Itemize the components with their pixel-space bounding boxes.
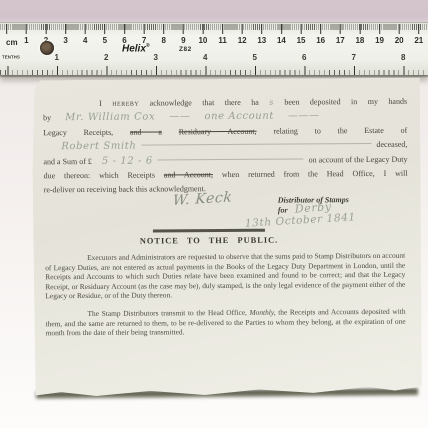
monthly-emphasis: Monthly, <box>249 308 275 317</box>
ruler-cm-number: 19 <box>370 36 390 45</box>
notice-to-public-section: NOTICE TO THE PUBLIC. Executors and Admi… <box>45 228 406 346</box>
ruler-inch-ticks <box>0 66 428 75</box>
notice-paragraph-1: Executors and Administrators are request… <box>45 251 405 301</box>
ruler-cm-number: 14 <box>272 36 292 45</box>
ruler-model-number: Z82 <box>179 46 192 53</box>
notice-paragraph-2: The Stamp Distributors transmit to the H… <box>45 307 405 338</box>
ruler-inch-number: 5 <box>230 53 280 62</box>
ruler-cm-ticks <box>0 24 428 34</box>
notice-heading: NOTICE TO THE PUBLIC. <box>29 234 389 246</box>
ruler-inch-number: 8 <box>379 53 428 62</box>
ruler-cm-number: 9 <box>174 36 194 45</box>
ruler-cm-number: 17 <box>331 36 351 45</box>
ruler-hanging-hole <box>40 41 54 55</box>
ruler-cm-number: 20 <box>389 36 409 45</box>
ruler-cm-number: 10 <box>193 36 213 45</box>
divider-rule <box>153 229 265 232</box>
ruler-cm-number: 21 <box>409 36 428 45</box>
ruler: cm TENTHS 123456789101112131415161718192… <box>0 22 428 75</box>
ruler-inch-number: 4 <box>181 53 231 62</box>
ruler-cm-number: 12 <box>232 36 252 45</box>
legacy-duty-receipt-document: I hereby acknowledge that there ha s bee… <box>32 78 422 400</box>
ruler-cm-number: 5 <box>95 36 115 45</box>
ruler-cm-number: 4 <box>75 36 95 45</box>
ruler-cm-number: 3 <box>56 36 76 45</box>
ruler-inch-number: 7 <box>329 53 379 62</box>
photo-of-antique-document: { "colors": { "background_top": "#d2c2ca… <box>0 0 428 428</box>
ruler-inch-numbers: 12345678 <box>32 53 428 62</box>
handwritten-signature: W. Keck <box>172 189 233 209</box>
ruler-inch-number: 6 <box>280 53 330 62</box>
ruler-inch-number: 2 <box>82 53 132 62</box>
ruler-cm-number: 16 <box>311 36 331 45</box>
ruler-inch-number: 3 <box>131 53 181 62</box>
ruler-inch-number: 1 <box>32 53 82 62</box>
ruler-cm-number: 18 <box>350 36 370 45</box>
ruler-cm-number: 1 <box>17 36 37 45</box>
ruler-cm-numbers: 123456789101112131415161718192021 <box>17 36 428 45</box>
ruler-tenths-label: TENTHS <box>2 55 20 60</box>
ruler-cm-number: 11 <box>213 36 233 45</box>
ruler-brand-logo: Helix® <box>122 43 150 54</box>
ruler-cm-number: 13 <box>252 36 272 45</box>
ruler-cm-number: 15 <box>291 36 311 45</box>
for-label: for <box>278 206 288 215</box>
ruler-cm-number: 8 <box>154 36 174 45</box>
handwritten-date: 13th October 1841 <box>245 211 356 230</box>
